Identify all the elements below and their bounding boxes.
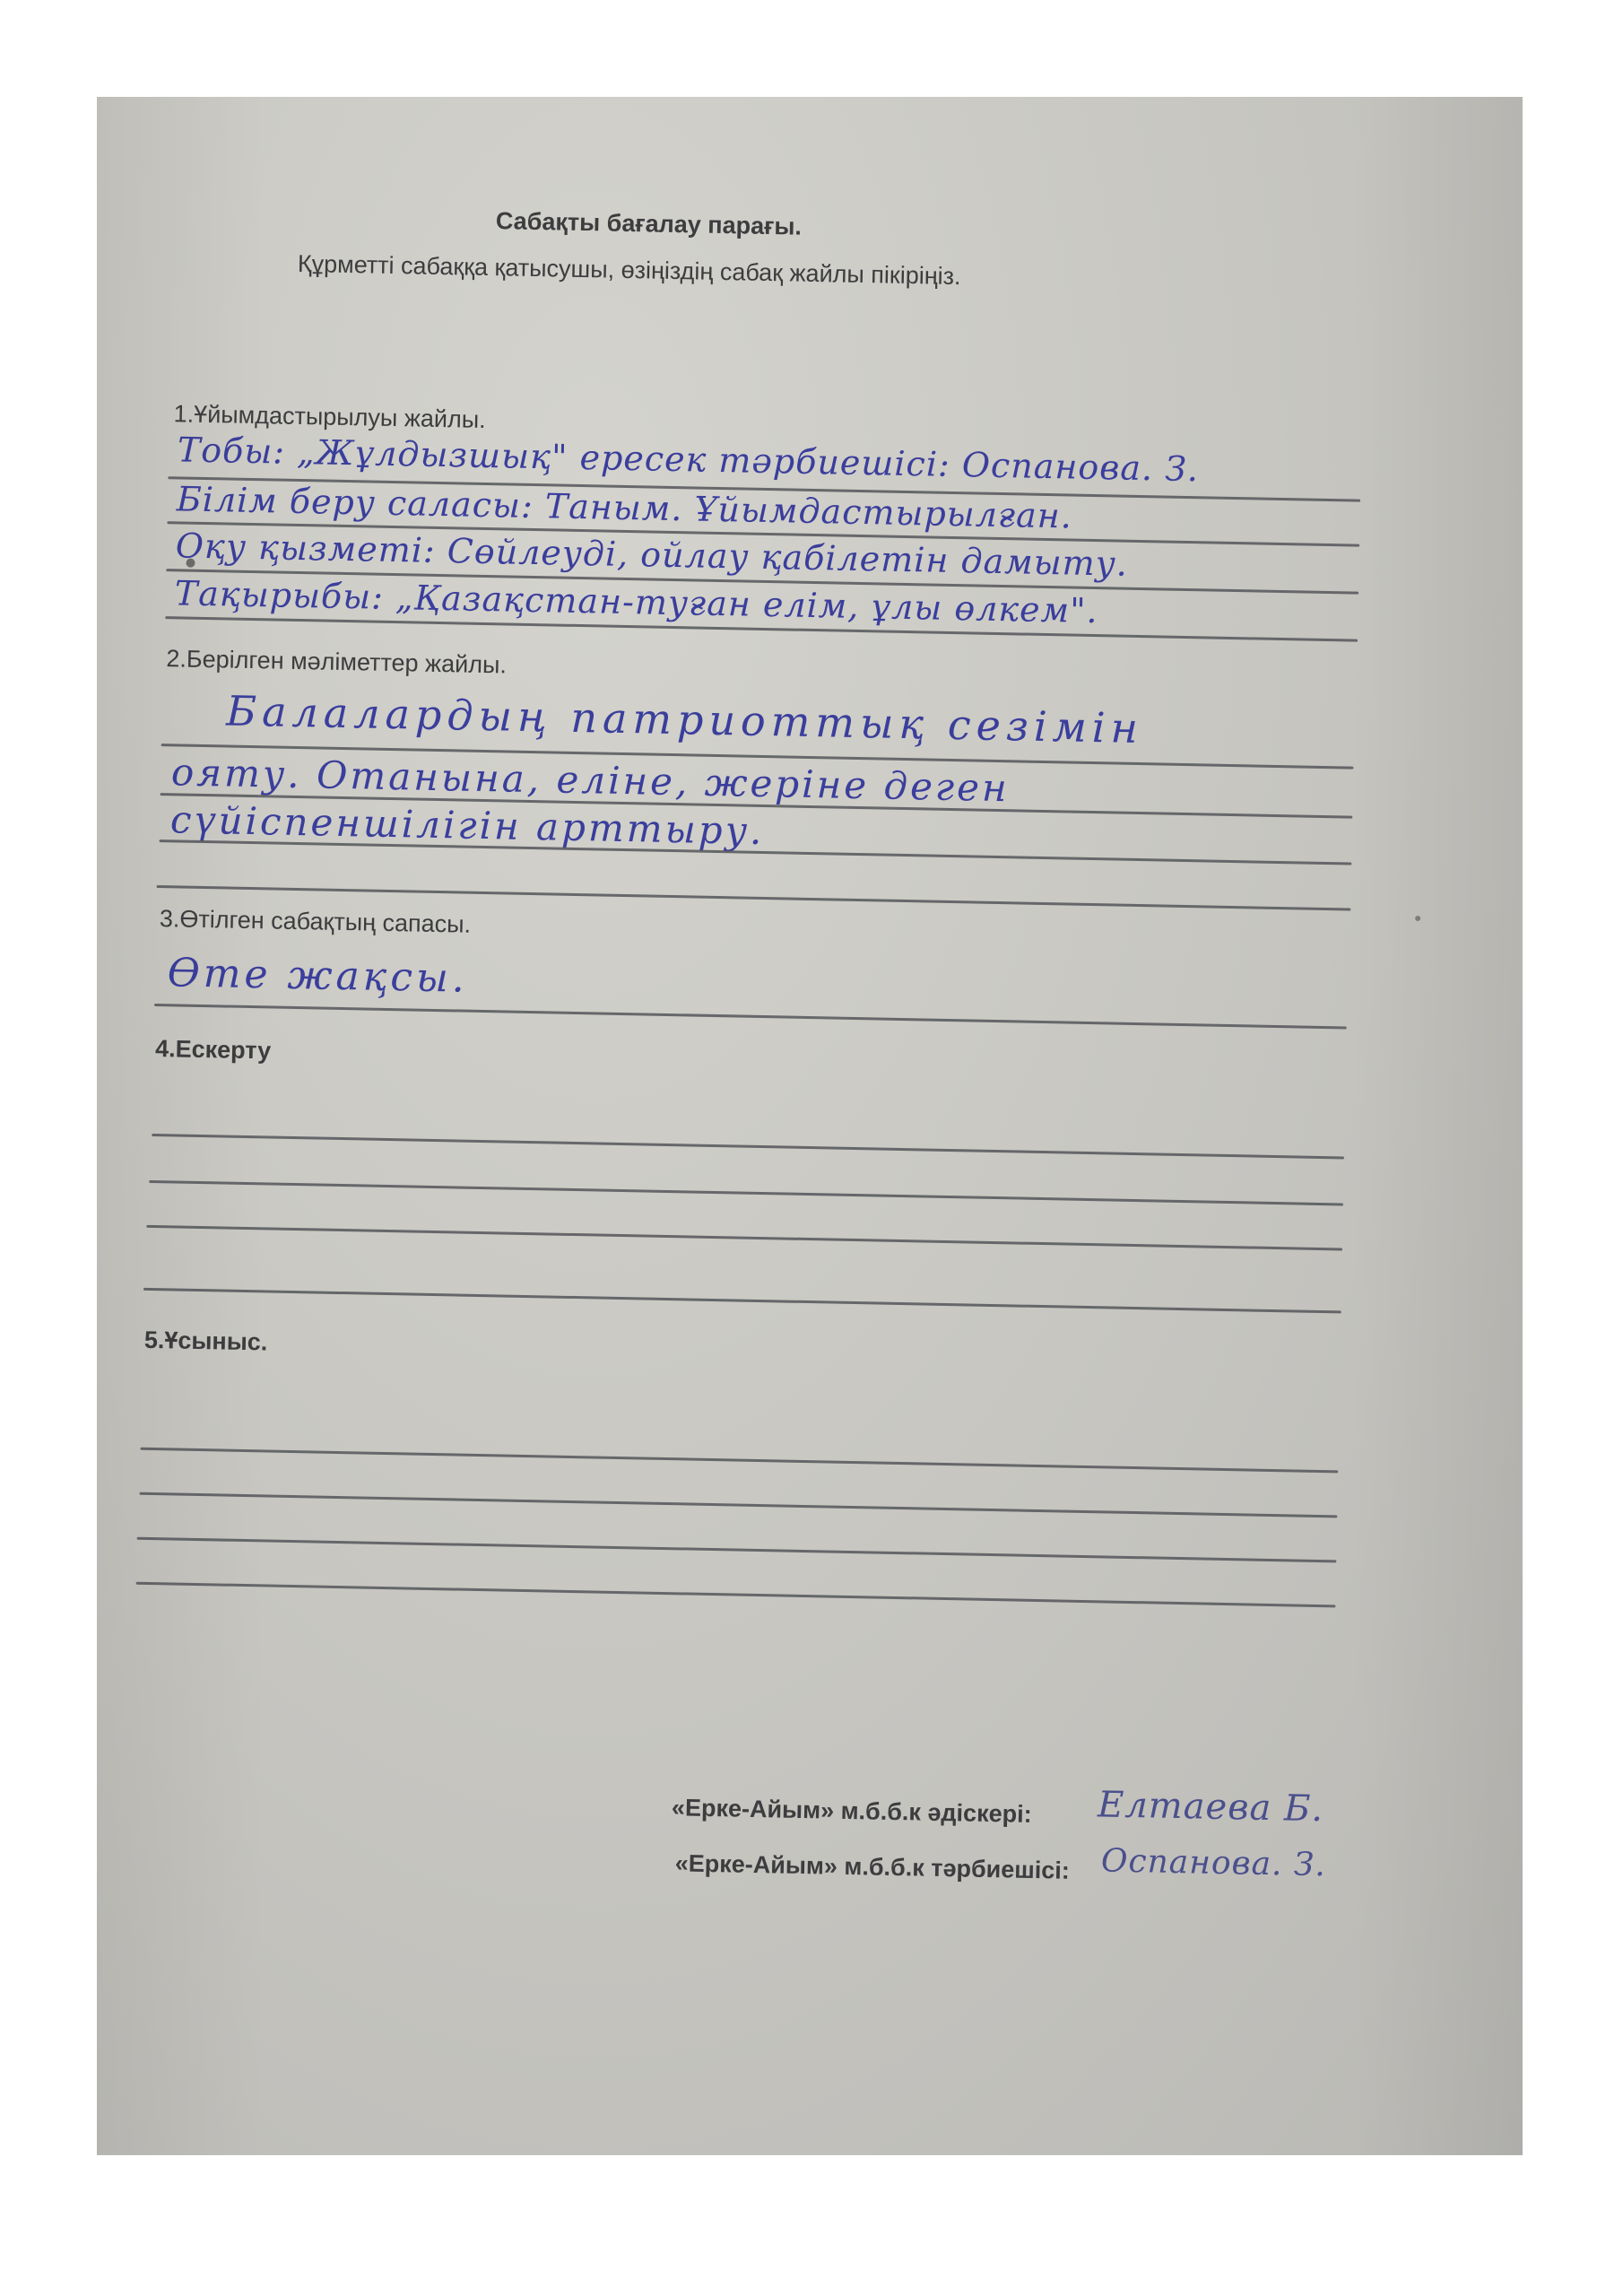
- document-photo: Сабақты бағалау парағы. Құрметті сабаққа…: [97, 97, 1523, 2155]
- section-5-rule-4: [136, 1582, 1336, 1608]
- section-5-rule-3: [137, 1537, 1337, 1563]
- section-2-label: 2.Берілген мәліметтер жайлы.: [166, 645, 507, 679]
- section-5-rule-1: [141, 1448, 1339, 1474]
- section-1-line-4: Тақырыбы: „Қазақстан-туған елім, ұлы өлк…: [174, 573, 1098, 631]
- section-2-rule-4: [157, 885, 1351, 911]
- teacher-label: «Ерке-Айым» м.б.б.к тәрбиешісі:: [674, 1849, 1070, 1884]
- section-4-rule-1: [152, 1134, 1344, 1160]
- section-3-rule-1: [154, 1004, 1347, 1030]
- section-4-rule-4: [143, 1288, 1341, 1314]
- section-1-line-2: Білім беру саласы: Таным. Ұйымдастырылға…: [176, 479, 1072, 535]
- section-5-rule-2: [140, 1492, 1338, 1518]
- teacher-signature: Оспанова. З.: [1101, 1842, 1327, 1883]
- section-3-label: 3.Өтілген сабақтың сапасы.: [160, 905, 472, 939]
- section-5-label: 5.Ұсыныс.: [144, 1326, 268, 1357]
- form-intro: Құрметті сабаққа қатысушы, өзіңіздің саб…: [298, 250, 961, 291]
- methodist-signature: Елтаева Б.: [1098, 1784, 1324, 1830]
- methodist-label: «Ерке-Айым» м.б.б.к әдіскері:: [672, 1794, 1032, 1829]
- section-4-label: 4.Ескерту: [155, 1035, 272, 1065]
- section-4-rule-3: [146, 1225, 1342, 1251]
- section-3-line-1: Өте жақсы.: [167, 950, 468, 1001]
- section-4-rule-2: [149, 1180, 1343, 1206]
- section-1-line-3: Оқу қызметі: Сөйлеуді, ойлау қабілетін д…: [175, 526, 1128, 583]
- evaluation-sheet: Сабақты бағалау парағы. Құрметті сабаққа…: [97, 97, 1523, 2155]
- section-2-line-1: Балалардың патриоттық сезімін: [226, 686, 1143, 752]
- ink-dot: [1415, 916, 1420, 921]
- form-title: Сабақты бағалау парағы.: [496, 207, 803, 241]
- section-1-label: 1.Ұйымдастырылуы жайлы.: [173, 400, 486, 434]
